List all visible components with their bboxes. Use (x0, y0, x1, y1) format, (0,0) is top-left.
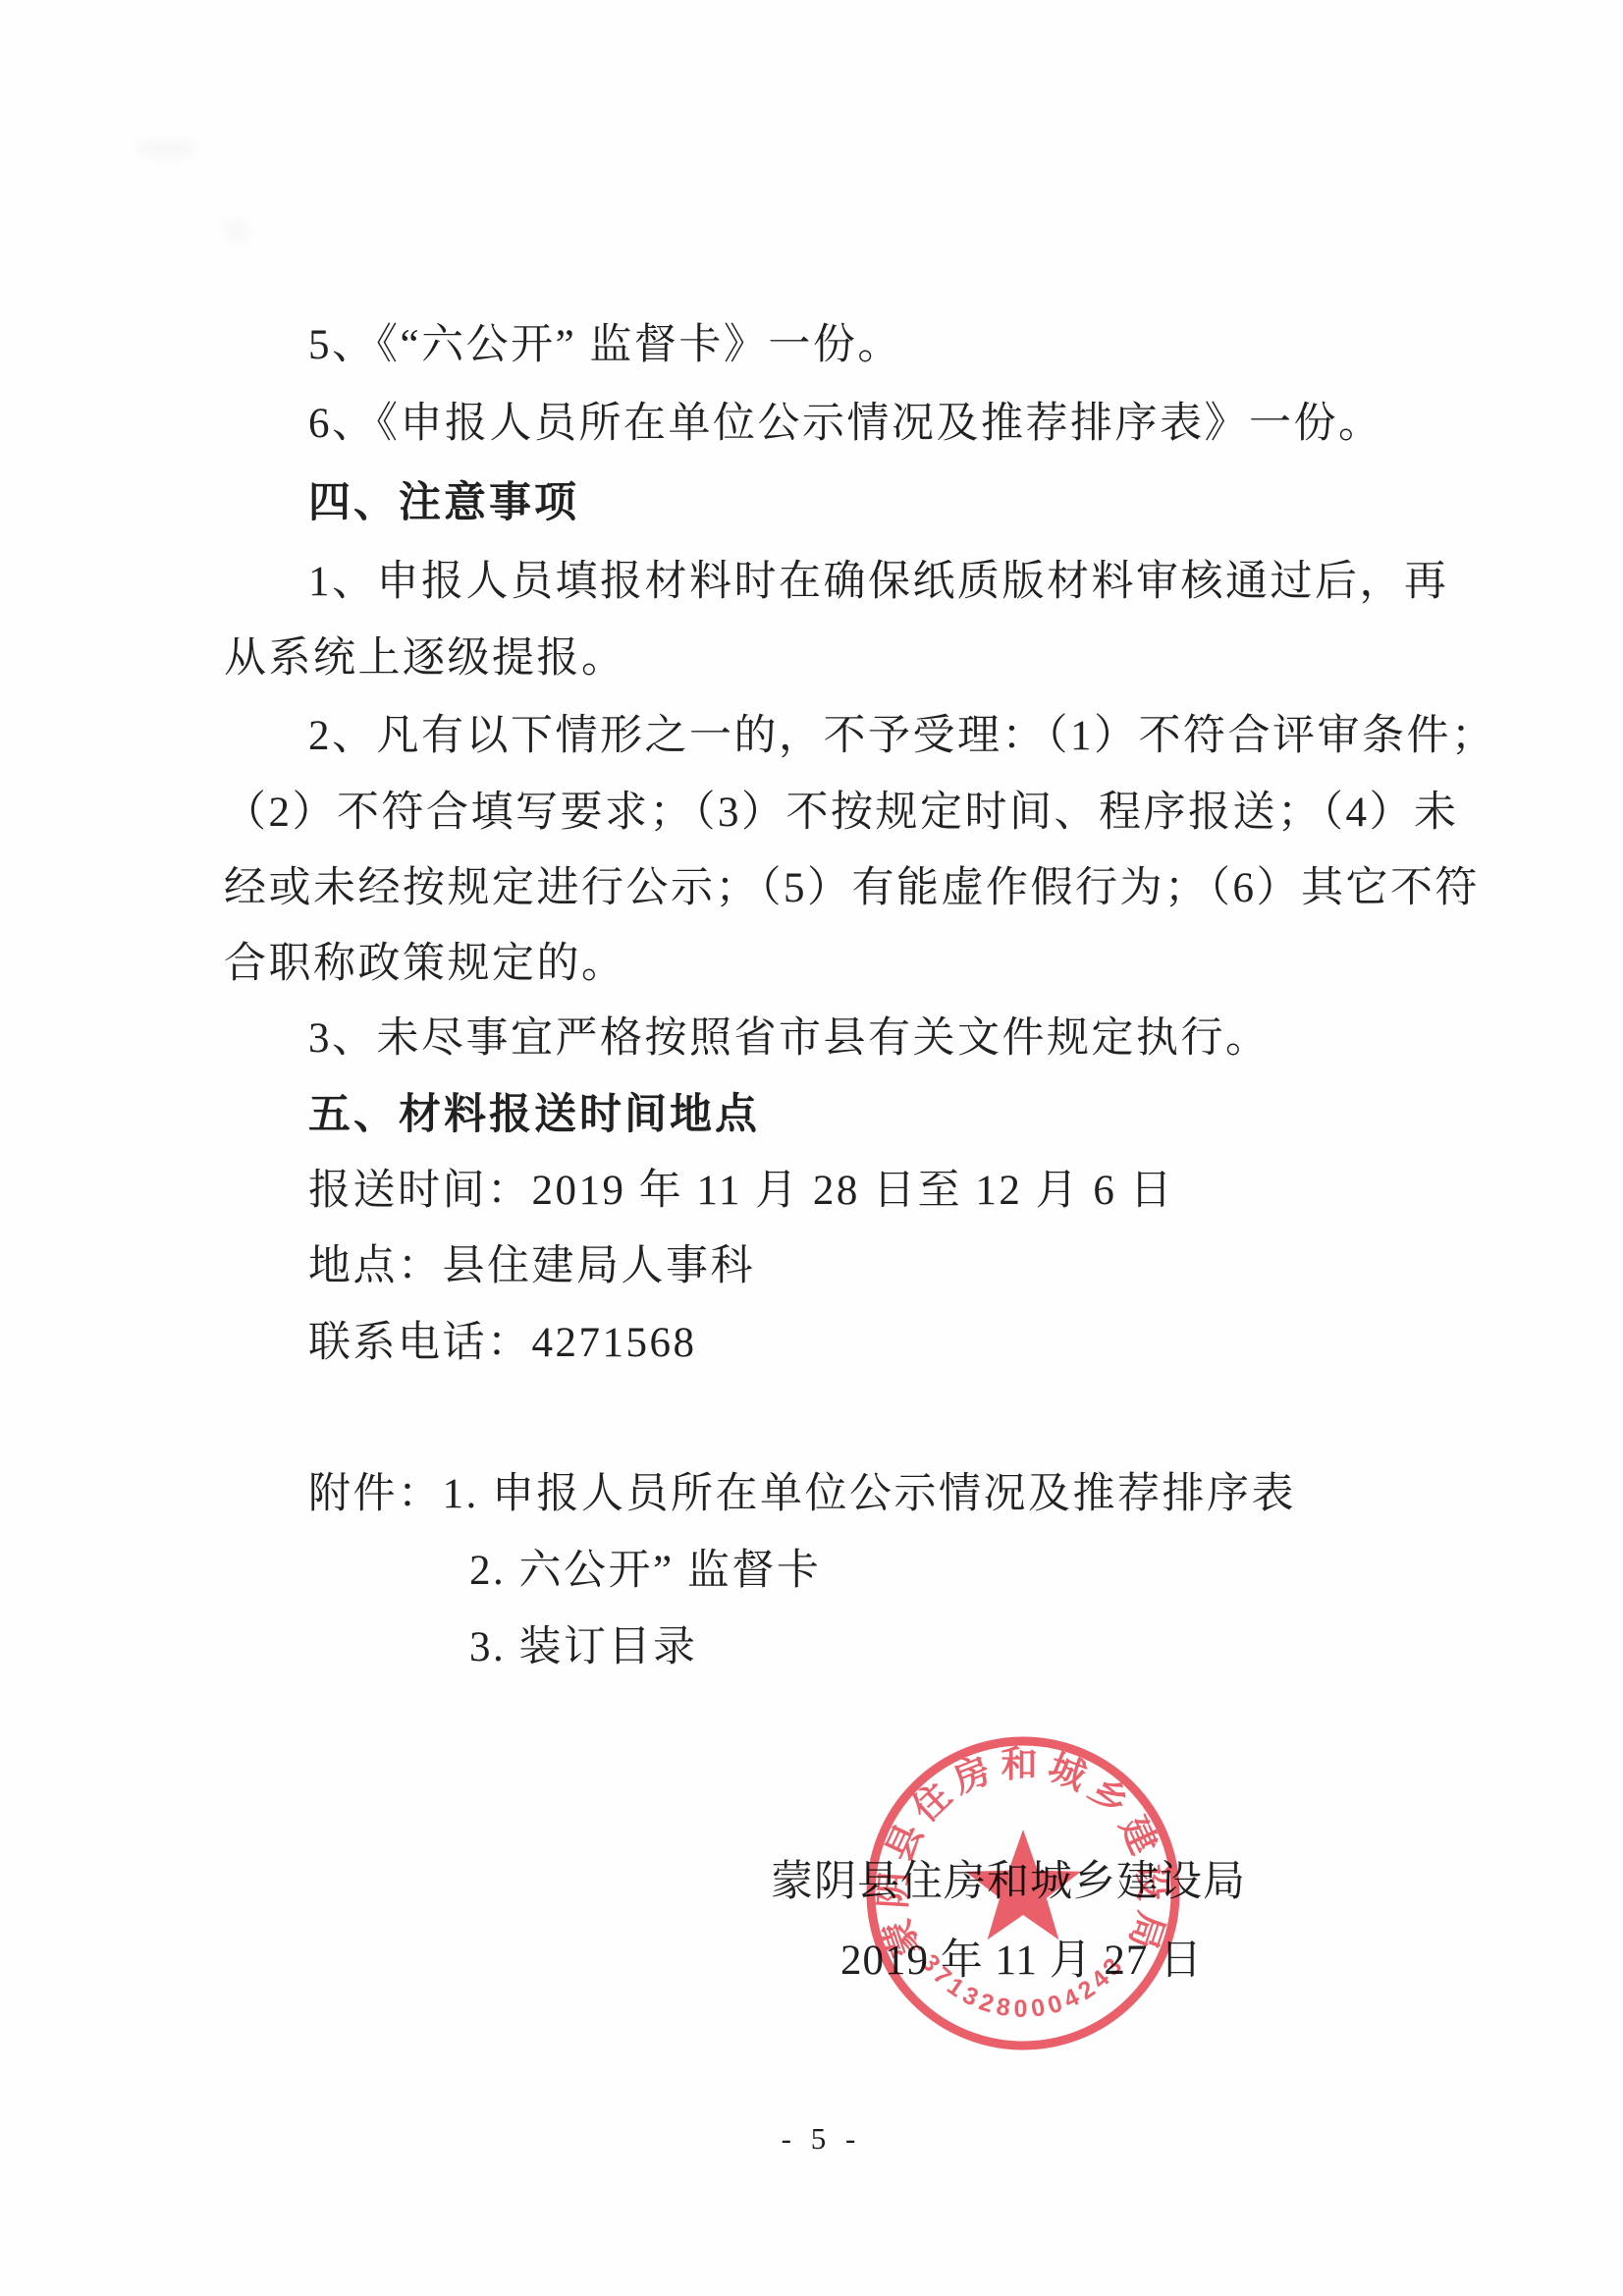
section-heading-5: 五、材料报送时间地点 (308, 1087, 760, 1142)
phone-line: 联系电话：4271568 (308, 1316, 697, 1371)
scan-artifact (135, 139, 198, 157)
location-line: 地点：县住建局人事科 (308, 1239, 755, 1294)
document-page: 5、《“六公开” 监督卡》一份。 6、《申报人员所在单位公示情况及推荐排序表》一… (0, 0, 1623, 2296)
page-number: - 5 - (10, 2121, 1623, 2157)
list-item-5: 5、《“六公开” 监督卡》一份。 (308, 318, 902, 373)
paragraph-line: （2）不符合填写要求；（3）不按规定时间、程序报送；（4）未 (224, 786, 1422, 841)
attachment-line-1: 附件：1. 申报人员所在单位公示情况及推荐排序表 (308, 1467, 1296, 1522)
star-icon (965, 1830, 1081, 1940)
paragraph-line: 2、凡有以下情形之一的，不予受理：（1）不符合评审条件； (308, 709, 1422, 764)
list-item-6: 6、《申报人员所在单位公示情况及推荐排序表》一份。 (308, 397, 1383, 452)
paragraph-line: 1、申报人员填报材料时在确保纸质版材料审核通过后，再 (308, 555, 1422, 610)
official-seal: 蒙阴县住房和城乡建设局 3713280004243 (861, 1731, 1185, 2055)
paragraph-line: 经或未经按规定进行公示；（5）有能虚作假行为；（6）其它不符 (224, 861, 1422, 916)
attachment-line-3: 3. 装订目录 (469, 1620, 698, 1675)
seal-code: 3713280004243 (916, 1949, 1131, 2023)
section-heading-4: 四、注意事项 (308, 475, 579, 530)
submission-time-line: 报送时间：2019 年 11 月 28 日至 12 月 6 日 (308, 1164, 1174, 1219)
paragraph-line: 3、未尽事宜严格按照省市县有关文件规定执行。 (308, 1011, 1271, 1066)
paragraph-line: 从系统上逐级提报。 (224, 631, 626, 686)
paragraph-line: 合职称政策规定的。 (224, 937, 626, 992)
attachment-line-2: 2. 六公开” 监督卡 (469, 1544, 821, 1599)
scan-artifact (224, 218, 249, 244)
